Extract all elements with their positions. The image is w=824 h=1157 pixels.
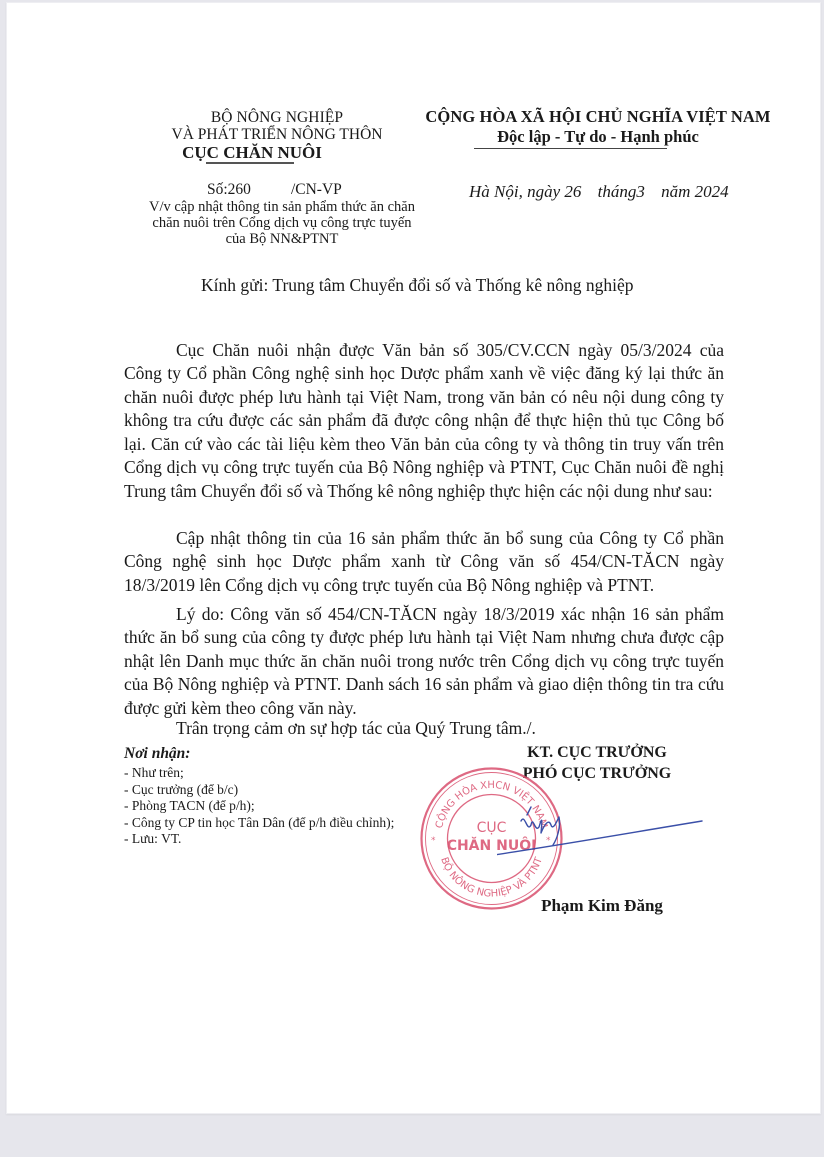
national-motto: Độc lập - Tự do - Hạnh phúc bbox=[389, 127, 807, 147]
recipients-title: Nơi nhận: bbox=[124, 745, 190, 763]
motto-underline bbox=[474, 148, 667, 149]
recipient-item: - Lưu: VT. bbox=[124, 831, 394, 848]
date-month: 3 bbox=[636, 182, 645, 201]
document-number-suffix: /CN-VP bbox=[291, 181, 342, 198]
recipient-item: - Công ty CP tin học Tân Dân (để p/h điề… bbox=[124, 815, 394, 832]
svg-text:*: * bbox=[431, 836, 436, 846]
document-number-prefix: Số:260 bbox=[207, 181, 251, 198]
signer-name: Phạm Kim Đăng bbox=[487, 896, 717, 916]
national-title: CỘNG HÒA XÃ HỘI CHỦ NGHĨA VIỆT NAM bbox=[389, 107, 807, 127]
month-label: tháng bbox=[598, 182, 637, 201]
body-paragraph: Lý do: Công văn số 454/CN-TĂCN ngày 18/3… bbox=[124, 603, 724, 721]
body-paragraph: Cập nhật thông tin của 16 sản phẩm thức … bbox=[124, 527, 724, 598]
document-number: Số:260/CN-VP bbox=[207, 181, 342, 199]
department-underline bbox=[206, 162, 294, 164]
document-page: BỘ NÔNG NGHIỆP VÀ PHÁT TRIỂN NÔNG THÔN C… bbox=[6, 2, 821, 1114]
recipient-item: - Cục trưởng (để b/c) bbox=[124, 782, 394, 799]
ministry-name-line1: BỘ NÔNG NGHIỆP bbox=[147, 109, 407, 127]
addressee: Kính gửi: Trung tâm Chuyển đổi số và Thố… bbox=[201, 275, 634, 296]
document-subject: V/v cập nhật thông tin sản phẩm thức ăn … bbox=[147, 199, 417, 247]
recipients-list: - Như trên; - Cục trưởng (để b/c) - Phòn… bbox=[124, 765, 394, 848]
recipient-item: - Phòng TACN (để p/h); bbox=[124, 798, 394, 815]
closing-paragraph: Trân trọng cảm ơn sự hợp tác của Quý Tru… bbox=[124, 717, 724, 741]
ministry-name-line2: VÀ PHÁT TRIỂN NÔNG THÔN bbox=[147, 126, 407, 144]
recipient-item: - Như trên; bbox=[124, 765, 394, 782]
place-label: Hà Nội, ngày bbox=[469, 182, 560, 201]
date-year: năm 2024 bbox=[661, 182, 729, 201]
date-day: 26 bbox=[564, 182, 581, 201]
body-paragraph: Cục Chăn nuôi nhận được Văn bản số 305/C… bbox=[124, 339, 724, 504]
department-name: CỤC CHĂN NUÔI bbox=[122, 143, 382, 163]
handwritten-signature-icon bbox=[497, 803, 707, 863]
signature-title-1: KT. CỤC TRƯỞNG bbox=[477, 744, 717, 762]
place-date: Hà Nội, ngày 26 tháng3 năm 2024 bbox=[469, 182, 729, 202]
